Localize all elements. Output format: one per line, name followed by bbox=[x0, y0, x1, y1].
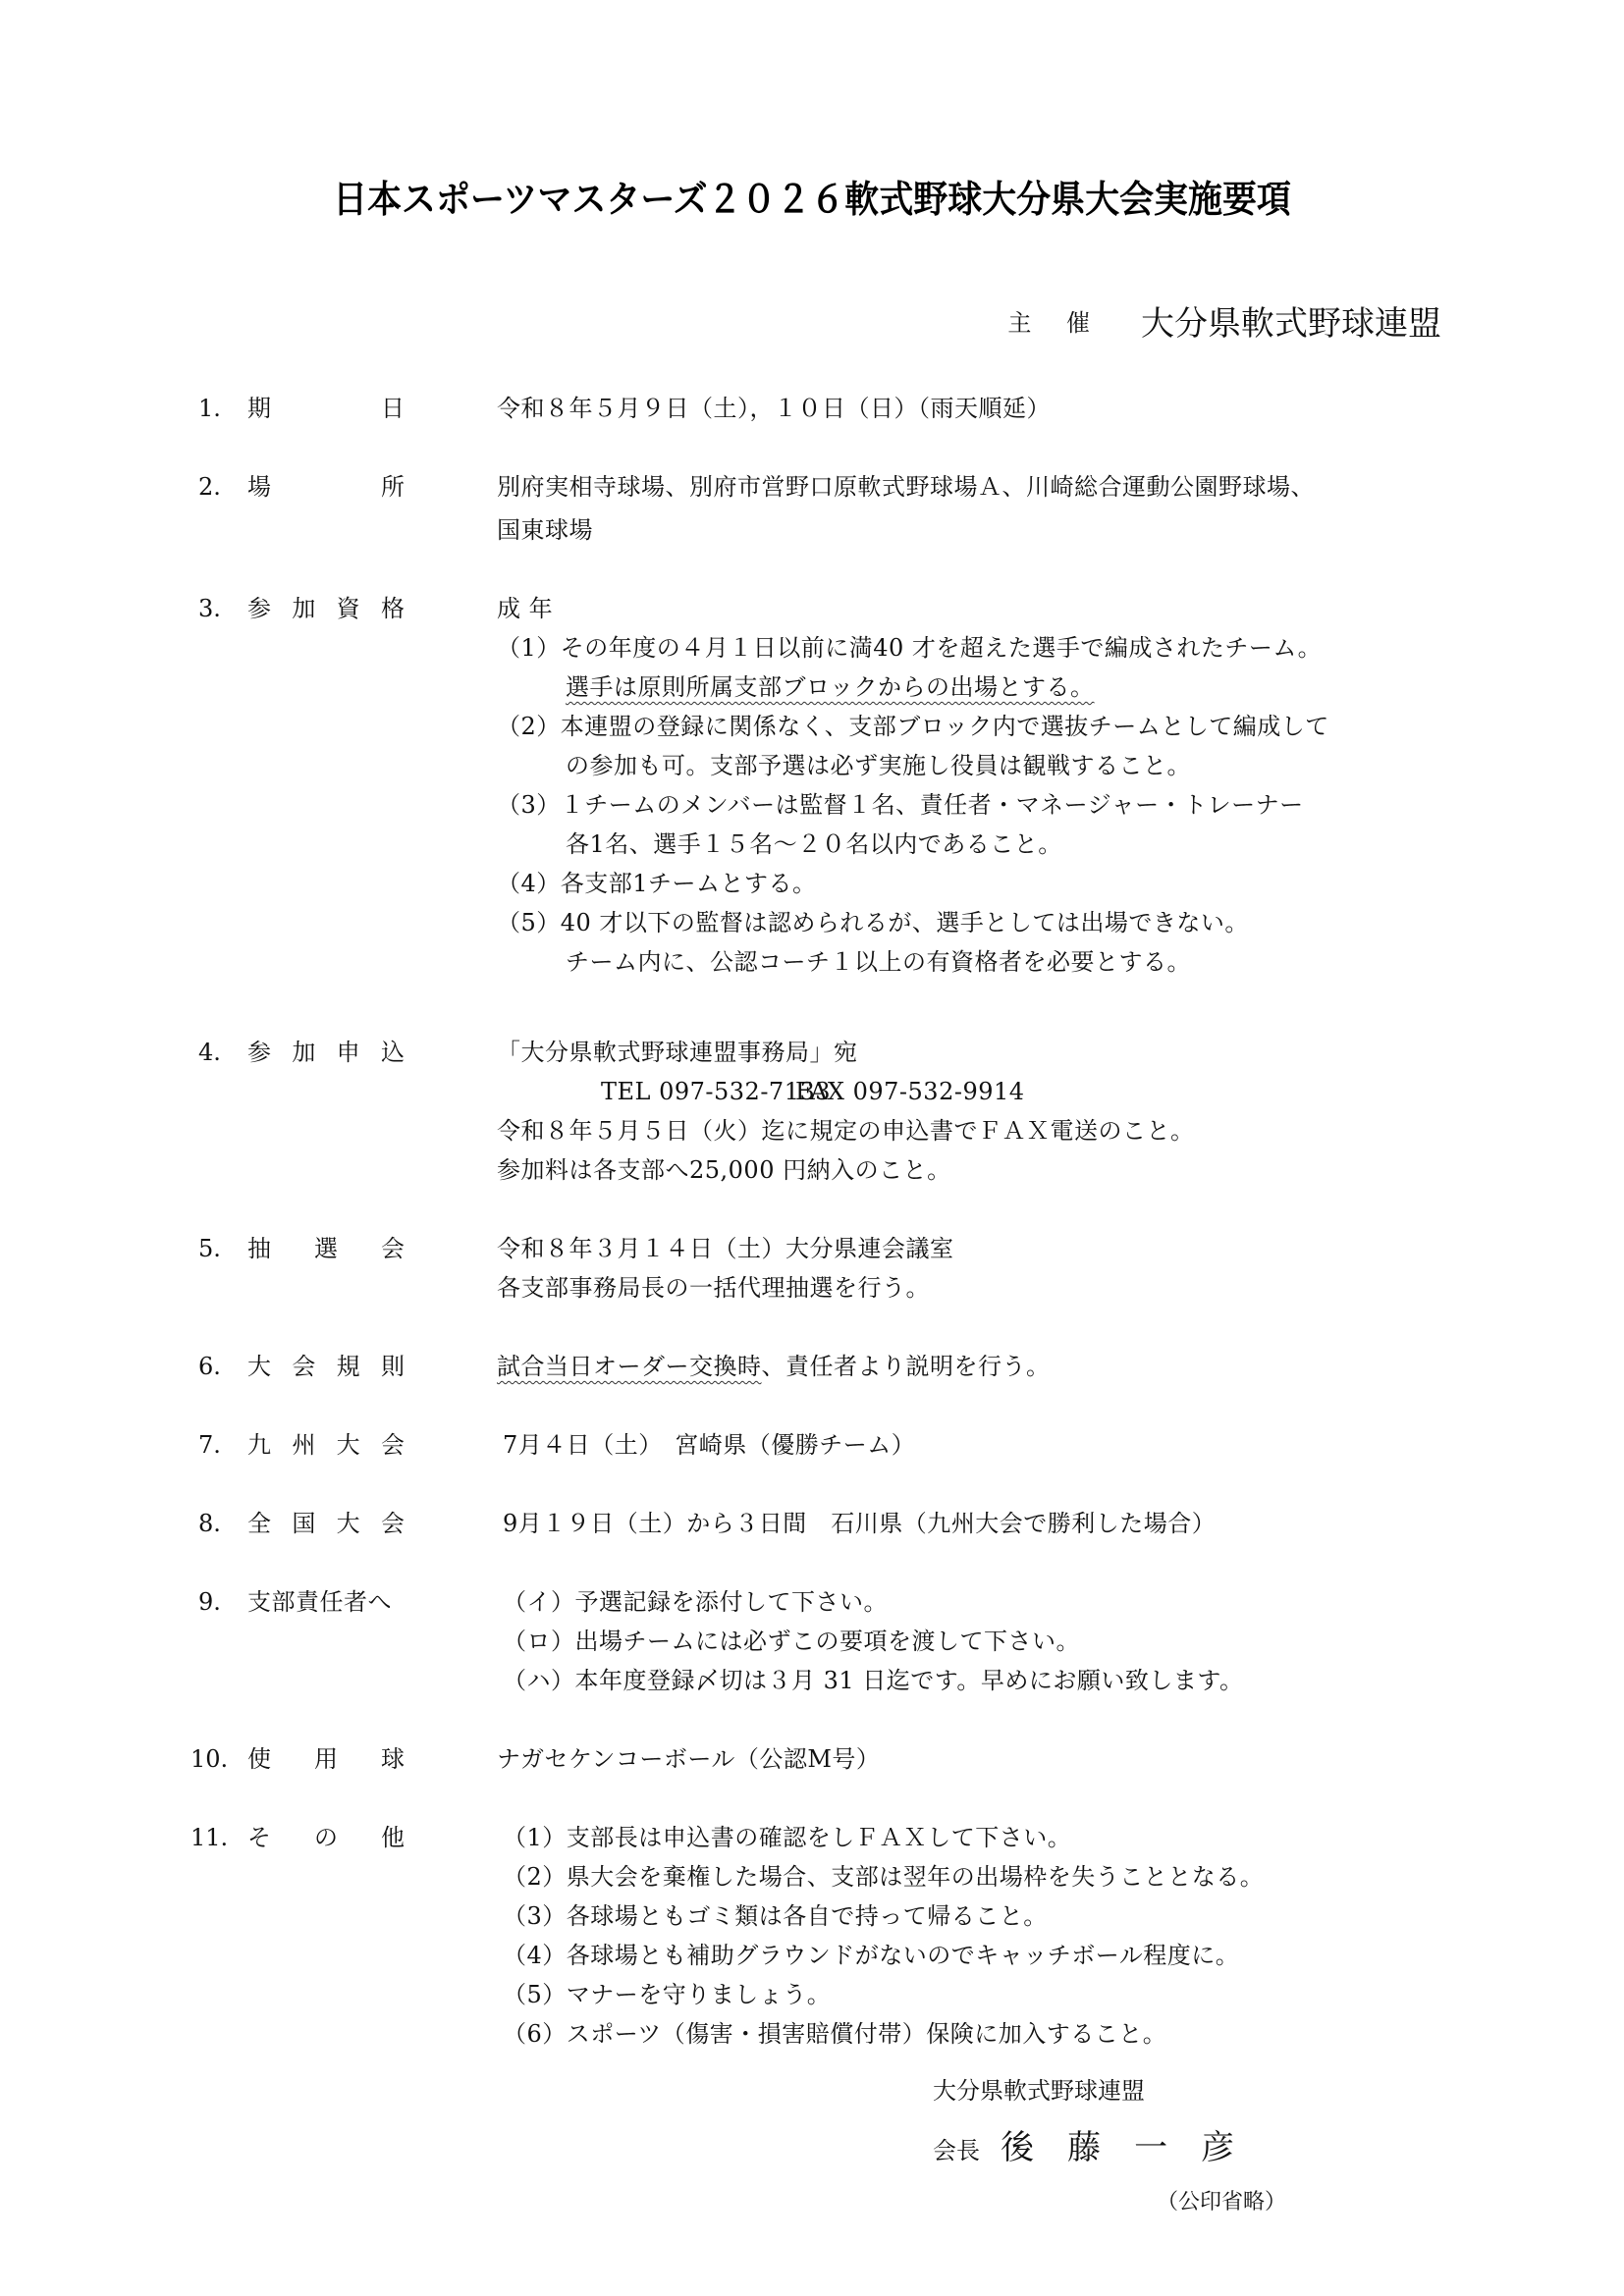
section-label: 全国大会 bbox=[247, 1510, 405, 1537]
section-label: 期日 bbox=[247, 395, 405, 422]
section-text: （ハ）本年度登録〆切は３月 31 日迄です。早めにお願い致します。 bbox=[503, 1667, 1243, 1694]
section-text-rest: 、責任者より説明を行う。 bbox=[762, 1353, 1051, 1380]
section-text: （イ）予選記録を添付して下さい。 bbox=[503, 1588, 888, 1616]
organizer: 主 催大分県軟式野球連盟 bbox=[1007, 296, 1441, 345]
document-page: 日本スポーツマスターズ２０２６軟式野球大分県大会実施要項 主 催大分県軟式野球連… bbox=[0, 0, 1624, 2296]
section-text: 参加料は各支部へ25,000 円納入のこと。 bbox=[497, 1156, 951, 1184]
section-number: 4. bbox=[198, 1039, 221, 1066]
section-number: 2. bbox=[198, 473, 221, 501]
section-label: 使用球 bbox=[247, 1745, 405, 1773]
section-number: 11. bbox=[190, 1824, 228, 1851]
section-text: （6）スポーツ（傷害・損害賠償付帯）保険に加入すること。 bbox=[503, 2020, 1166, 2048]
section-text: 別府実相寺球場、別府市営野口原軟式野球場Ａ、川崎総合運動公園野球場、 bbox=[497, 473, 1315, 501]
section-number: 6. bbox=[198, 1353, 221, 1380]
section-text: （4）各支部1チームとする。 bbox=[497, 870, 817, 897]
section-number: 8. bbox=[198, 1510, 221, 1537]
section-text: （3）各球場ともゴミ類は各自で持って帰ること。 bbox=[503, 1902, 1048, 1930]
section-number: 9. bbox=[198, 1588, 221, 1616]
document-title: 日本スポーツマスターズ２０２６軟式野球大分県大会実施要項 bbox=[65, 169, 1559, 223]
signature-name: 後藤一彦 bbox=[1001, 2128, 1268, 2167]
section-label: 抽選会 bbox=[247, 1235, 405, 1262]
section-text: 「大分県軟式野球連盟事務局」宛 bbox=[497, 1039, 858, 1066]
signature: 会長 後藤一彦 bbox=[933, 2120, 1268, 2168]
section-label: 参加申込 bbox=[247, 1039, 405, 1066]
section-text: 試合当日オーダー交換時、責任者より説明を行う。 bbox=[497, 1353, 1051, 1380]
section-text: （5）マナーを守りましょう。 bbox=[503, 1981, 831, 2008]
section-text: チーム内に、公認コーチ１以上の有資格者を必要とする。 bbox=[566, 948, 1191, 976]
section-label: 大会規則 bbox=[247, 1353, 405, 1380]
section-text: 7月４日（土） 宮崎県（優勝チーム） bbox=[503, 1431, 915, 1459]
section-text: 令和８年５月９日（土），１０日（日）（雨天順延） bbox=[497, 395, 1051, 422]
section-label: 参加資格 bbox=[247, 595, 405, 622]
section-text-underlined: 試合当日オーダー交換時 bbox=[497, 1353, 762, 1380]
section-label: 場所 bbox=[247, 473, 405, 501]
section-text: （ロ）出場チームには必ずこの要項を渡して下さい。 bbox=[503, 1628, 1080, 1655]
section-text: （1）その年度の４月１日以前に満40 才を超えた選手で編成されたチーム。 bbox=[497, 634, 1322, 662]
section-number: 10. bbox=[190, 1745, 228, 1773]
section-text: 各支部事務局長の一括代理抽選を行う。 bbox=[497, 1274, 930, 1302]
signature-organization: 大分県軟式野球連盟 bbox=[933, 2071, 1145, 2106]
section-number: 7. bbox=[198, 1431, 221, 1459]
section-label: その他 bbox=[247, 1824, 405, 1851]
signature-role: 会長 bbox=[933, 2137, 980, 2164]
section-label: 支部責任者へ bbox=[247, 1588, 392, 1616]
section-text: （1）支部長は申込書の確認をしＦＡＸして下さい。 bbox=[503, 1824, 1071, 1851]
section-text: 9月１９日（土）から３日間 石川県（九州大会で勝利した場合） bbox=[503, 1510, 1216, 1537]
section-text: 令和８年５月５日（火）迄に規定の申込書でＦＡＸ電送のこと。 bbox=[497, 1117, 1195, 1145]
section-text-underlined: 選手は原則所属支部ブロックからの出場とする。 bbox=[566, 673, 1095, 701]
section-text: 令和８年３月１４日（土）大分県連会議室 bbox=[497, 1235, 954, 1262]
section-number: 3. bbox=[198, 595, 221, 622]
section-number: 5. bbox=[198, 1235, 221, 1262]
section-text: （4）各球場とも補助グラウンドがないのでキャッチボール程度に。 bbox=[503, 1942, 1239, 1969]
section-number: 1. bbox=[198, 395, 221, 422]
organizer-label: 主 催 bbox=[1007, 309, 1104, 337]
section-text: 各1名、選手１５名～２０名以内であること。 bbox=[566, 830, 1062, 858]
section-text: （5）40 才以下の監督は認められるが、選手としては出場できない。 bbox=[497, 909, 1249, 936]
section-text: （3）１チームのメンバーは監督１名、責任者・マネージャー・トレーナー bbox=[497, 791, 1304, 819]
section-text: 成 年 bbox=[497, 595, 553, 622]
section-text: の参加も可。支部予選は必ず実施し役員は観戦すること。 bbox=[566, 752, 1191, 779]
organizer-name: 大分県軟式野球連盟 bbox=[1141, 304, 1441, 344]
section-label: 九州大会 bbox=[247, 1431, 405, 1459]
section-text: ナガセケンコーボール（公認M号） bbox=[497, 1745, 880, 1773]
section-text: （2）本連盟の登録に関係なく、支部ブロック内で選抜チームとして編成して bbox=[497, 713, 1329, 740]
seal-note: （公印省略） bbox=[1157, 2185, 1286, 2216]
section-text: （2）県大会を棄権した場合、支部は翌年の出場枠を失うこととなる。 bbox=[503, 1863, 1264, 1891]
fax-number: FAX 097-532-9914 bbox=[795, 1078, 1025, 1105]
section-text: 国東球場 bbox=[497, 516, 593, 544]
